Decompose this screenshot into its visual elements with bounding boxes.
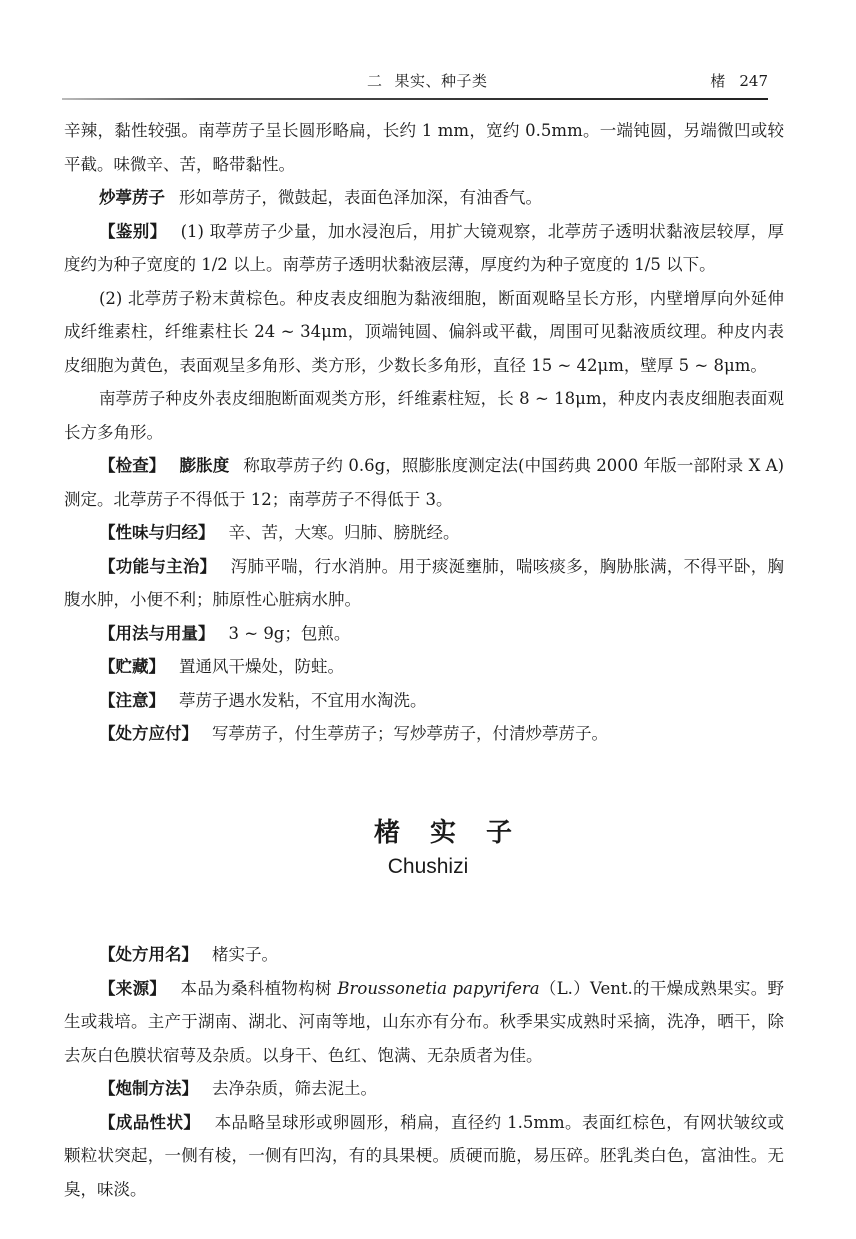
jianbie-paragraph: 【鉴别】(1) 取葶苈子少量，加水浸泡后，用扩大镜观察，北葶苈子透明状黏液层较厚… (64, 215, 784, 282)
chushizi-entry: 【处方用名】楮实子。 【来源】本品为桑科植物构树 Broussonetia pa… (64, 938, 784, 1206)
tinglizi-continuation: 辛辣，黏性较强。南葶苈子呈长圆形略扁，长约 1 mm，宽约 0.5mm。一端钝圆… (64, 114, 784, 751)
paozhi-paragraph: 【炮制方法】去净杂质，筛去泥土。 (64, 1072, 784, 1106)
jiancha-paragraph: 【检查】膨胀度称取葶苈子约 0.6g，照膨胀度测定法(中国药典 2000 年版一… (64, 449, 784, 516)
entry-title: 楮实子 (0, 812, 856, 849)
xingwei-paragraph: 【性味与归经】辛、苦，大寒。归肺、膀胱经。 (64, 516, 784, 550)
latin-name: Broussonetia papyrifera (337, 979, 539, 998)
chufang-paragraph: 【处方应付】写葶苈子，付生葶苈子；写炒葶苈子，付清炒葶苈子。 (64, 717, 784, 751)
page-number: 247 (739, 72, 768, 90)
section-title: 二果实、种子类 (367, 70, 488, 91)
index-char: 楮 (710, 72, 725, 90)
chao-paragraph: 炒葶苈子形如葶苈子，微鼓起，表面色泽加深，有油香气。 (64, 181, 784, 215)
gongneng-paragraph: 【功能与主治】泻肺平喘，行水消肿。用于痰涎壅肺，喘咳痰多，胸胁胀满，不得平卧，胸… (64, 550, 784, 617)
zhucang-paragraph: 【贮藏】置通风干燥处，防蛀。 (64, 650, 784, 684)
jianbie-paragraph-3: 南葶苈子种皮外表皮细胞断面观类方形，纤维素柱短，长 8 ~ 18μm，种皮内表皮… (64, 382, 784, 449)
page-info: 楮247 (710, 70, 768, 91)
yongfa-paragraph: 【用法与用量】3 ~ 9g；包煎。 (64, 617, 784, 651)
running-head: 二果实、种子类 楮247 (62, 66, 768, 94)
header-rule (62, 98, 768, 100)
mingcheng-paragraph: 【处方用名】楮实子。 (64, 938, 784, 972)
laiyuan-paragraph: 【来源】本品为桑科植物构树 Broussonetia papyrifera（L.… (64, 972, 784, 1073)
xingzhuang-paragraph: 【成品性状】本品略呈球形或卵圆形，稍扁，直径约 1.5mm。表面红棕色，有网状皱… (64, 1106, 784, 1207)
zhuyi-paragraph: 【注意】葶苈子遇水发粘，不宜用水淘洗。 (64, 684, 784, 718)
entry-pinyin: Chushizi (0, 855, 856, 879)
jianbie-paragraph-2: (2) 北葶苈子粉末黄棕色。种皮表皮细胞为黏液细胞，断面观略呈长方形，内壁增厚向… (64, 282, 784, 383)
continued-paragraph: 辛辣，黏性较强。南葶苈子呈长圆形略扁，长约 1 mm，宽约 0.5mm。一端钝圆… (64, 114, 784, 181)
